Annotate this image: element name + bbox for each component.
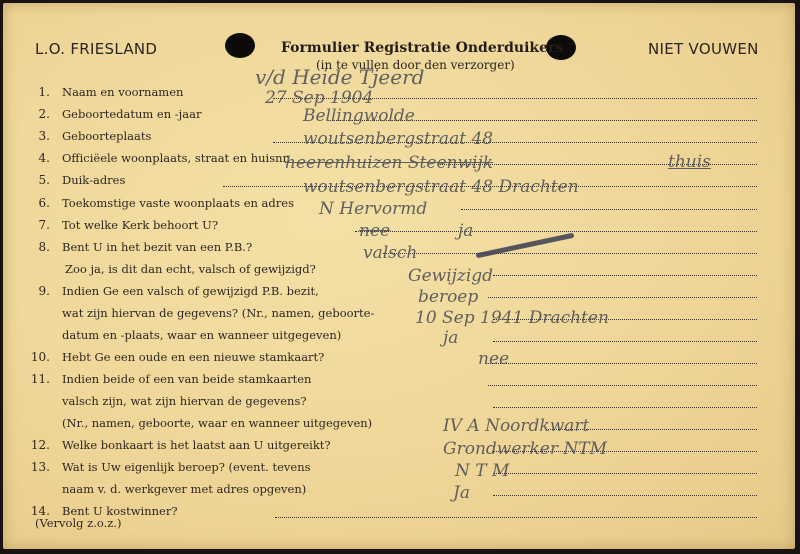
do-not-fold-label: NIET VOUWEN: [648, 40, 759, 58]
answer-pb-struck: nee: [359, 221, 390, 241]
question-label: Tot welke Kerk behoort U?: [62, 218, 218, 232]
answer-line[interactable]: [488, 297, 757, 298]
question-number: 1.: [3, 85, 50, 99]
answer-line[interactable]: [488, 385, 757, 386]
answer-line[interactable]: [355, 231, 757, 232]
question-number: 12.: [3, 438, 50, 452]
question-row: Zoo ja, is dit dan echt, valsch of gewij…: [3, 262, 795, 284]
answer-birthdate: 27 Sep 1904: [265, 88, 373, 108]
question-number: 4.: [3, 151, 50, 165]
answer-stamkaart-false: nee: [478, 349, 509, 369]
question-label: Bent U in het bezit van een P.B.?: [62, 240, 252, 254]
question-number: 7.: [3, 218, 50, 232]
question-number: 10.: [3, 350, 50, 364]
question-number: 11.: [3, 372, 50, 386]
answer-line[interactable]: [383, 253, 757, 254]
registration-form-card: L.O. FRIESLAND Formulier Registratie Ond…: [3, 3, 795, 549]
question-label: Indien beide of een van beide stamkaarte…: [62, 372, 311, 386]
question-label: datum en -plaats, waar en wanneer uitgeg…: [62, 328, 341, 342]
answer-line[interactable]: [493, 473, 757, 474]
question-label: Toekomstige vaste woonplaats en adres: [62, 196, 294, 210]
question-number: 13.: [3, 460, 50, 474]
answer-employer: N T M: [455, 461, 509, 481]
question-number: 2.: [3, 107, 50, 121]
answer-stamkaart: ja: [443, 328, 458, 348]
answer-line[interactable]: [493, 495, 757, 496]
question-row: (Nr., namen, geboorte, waar en wanneer u…: [3, 416, 795, 438]
question-label: valsch zijn, wat zijn hiervan de gegeven…: [62, 394, 307, 408]
question-row: wat zijn hiervan de gegevens? (Nr., name…: [3, 306, 795, 328]
answer-line[interactable]: [488, 363, 757, 364]
answer-line[interactable]: [275, 517, 757, 518]
answer-official-address: woutsenbergstraat 48: [303, 129, 493, 149]
question-row: valsch zijn, wat zijn hiervan de gegeven…: [3, 394, 795, 416]
question-label: (Nr., namen, geboorte, waar en wanneer u…: [62, 416, 372, 430]
question-label: naam v. d. werkgever met adres opgeven): [62, 482, 306, 496]
form-title: Formulier Registratie Onderduikers: [281, 40, 563, 56]
question-row: naam v. d. werkgever met adres opgeven): [3, 482, 795, 504]
answer-bonkaart: IV A Noordkwart: [443, 416, 589, 436]
answer-pb-issued: 10 Sep 1941 Drachten: [415, 308, 609, 328]
answer-line[interactable]: [493, 341, 757, 342]
answer-line[interactable]: [493, 407, 757, 408]
answer-breadwinner: Ja: [453, 483, 470, 503]
answer-pb-type: valsch: [363, 243, 417, 263]
question-row: 9.Indien Ge een valsch of gewijzigd P.B.…: [3, 284, 795, 306]
answer-line[interactable]: [461, 209, 757, 210]
answer-line[interactable]: [493, 275, 757, 276]
question-row: 11.Indien beide of een van beide stamkaa…: [3, 372, 795, 394]
question-label: wat zijn hiervan de gegevens? (Nr., name…: [62, 306, 374, 320]
question-number: 3.: [3, 129, 50, 143]
question-label: Officiëele woonplaats, straat en huisnr.: [62, 151, 290, 165]
question-row: 10.Hebt Ge een oude en een nieuwe stamka…: [3, 350, 795, 372]
question-row: 7.Tot welke Kerk behoort U?: [3, 218, 795, 240]
question-number: 9.: [3, 284, 50, 298]
question-label: Welke bonkaart is het laatst aan U uitge…: [62, 438, 331, 452]
question-number: 6.: [3, 196, 50, 210]
answer-birthplace: Bellingwolde: [303, 106, 415, 126]
question-row: 13.Wat is Uw eigenlijk beroep? (event. t…: [3, 460, 795, 482]
question-label: Geboortedatum en -jaar: [62, 107, 201, 121]
question-label: Zoo ja, is dit dan echt, valsch of gewij…: [65, 262, 316, 276]
question-row: 14.Bent U kostwinner?: [3, 504, 795, 526]
question-label: Wat is Uw eigenlijk beroep? (event. teve…: [62, 460, 311, 474]
answer-future-address: woutsenbergstraat 48 Drachten: [303, 177, 579, 197]
question-label: Geboorteplaats: [62, 129, 151, 143]
question-label: Indien Ge een valsch of gewijzigd P.B. b…: [62, 284, 319, 298]
continued-overleaf-note: (Vervolg z.o.z.): [35, 516, 121, 530]
question-number: 8.: [3, 240, 50, 254]
answer-hiding-address-struck: heerenhuizen Steenwijk: [285, 153, 493, 173]
question-row: datum en -plaats, waar en wanneer uitgeg…: [3, 328, 795, 350]
question-row: 12.Welke bonkaart is het laatst aan U ui…: [3, 438, 795, 460]
question-label: Hebt Ge een oude en een nieuwe stamkaart…: [62, 350, 324, 364]
answer-church: N Hervormd: [319, 199, 427, 219]
answer-hiding-address: thuis: [668, 152, 711, 172]
organization-label: L.O. FRIESLAND: [35, 40, 157, 58]
question-label: Duik-adres: [62, 173, 125, 187]
answer-pb-occupation: beroep: [418, 287, 478, 307]
answer-pb: ja: [458, 221, 473, 241]
punch-hole: [225, 33, 255, 58]
answer-name: v/d Heide Tjeerd: [255, 65, 424, 89]
answer-pb-status: Gewijzigd: [408, 266, 493, 286]
question-number: 5.: [3, 173, 50, 187]
question-label: Naam en voornamen: [62, 85, 183, 99]
answer-occupation: Grondwerker NTM: [443, 439, 607, 459]
